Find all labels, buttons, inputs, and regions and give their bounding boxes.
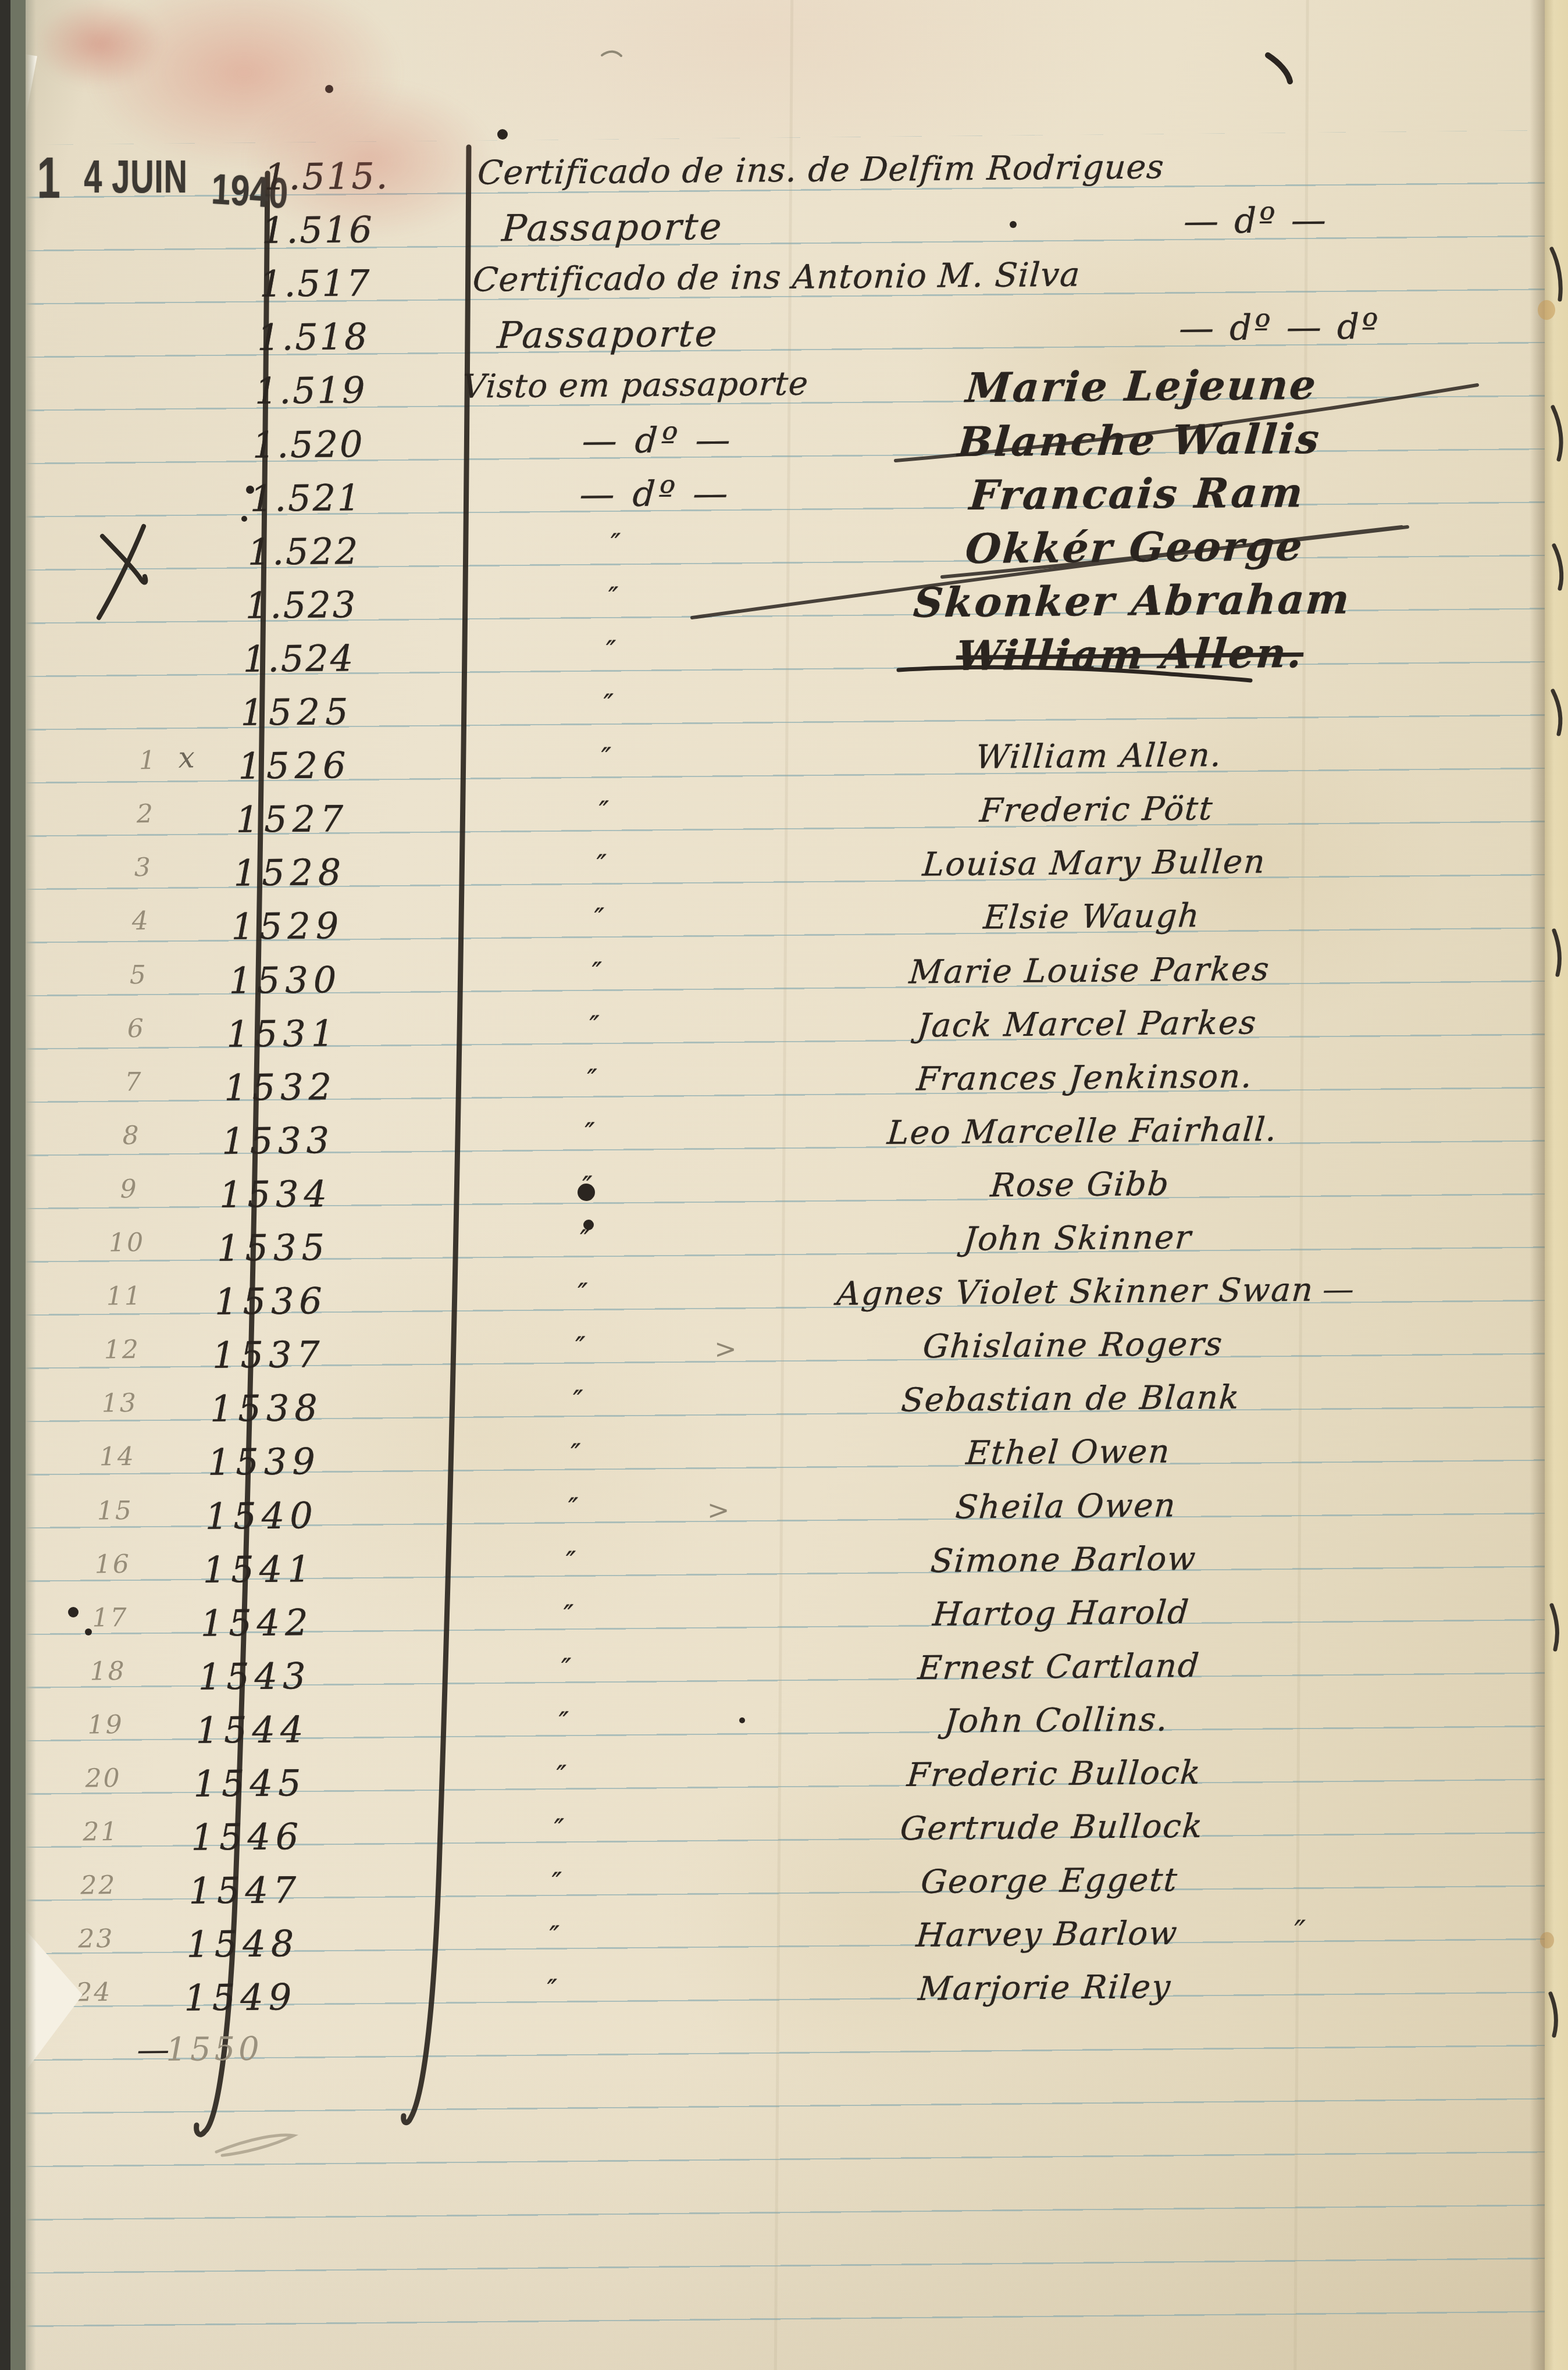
ditto-mark: ″: [575, 849, 628, 881]
entry-number: 1525: [240, 690, 444, 734]
entry-number: 1.519: [255, 368, 459, 412]
margin-number: 22: [70, 1870, 126, 1901]
margin-x-mark: x: [178, 741, 195, 775]
margin-number: 9: [101, 1174, 157, 1204]
entry-number: 1536: [215, 1279, 419, 1323]
ink-blotch: [1268, 55, 1290, 81]
person-name: Frederic Pött: [781, 788, 1412, 831]
ditto-mark: ″: [589, 528, 643, 559]
ditto-mark: ″: [525, 1973, 579, 2005]
entry-number: 1531: [226, 1011, 430, 1055]
person-name: Elsie Waugh: [776, 896, 1407, 939]
entry-number: 1527: [236, 797, 440, 841]
margin-number: 10: [99, 1228, 155, 1258]
ditto-mark: ″: [544, 1545, 598, 1577]
entry-number: 1550: [166, 2029, 370, 2068]
pencil-lead-dash: —: [137, 2030, 170, 2068]
person-name: Hartog Harold: [746, 1592, 1377, 1635]
person-name: Louisa Mary Bullen: [779, 842, 1410, 885]
person-name: Agnes Violet Skinner Swan: [760, 1270, 1391, 1313]
ditto-mark: ″: [539, 1652, 593, 1684]
person-name: Frederic Bullock: [739, 1752, 1370, 1795]
person-name: Ernest Cartland: [743, 1645, 1374, 1688]
entry-number: 1.521: [250, 475, 454, 519]
entry-number: 1.517: [259, 261, 464, 305]
red-ink-smudge: [35, 0, 163, 87]
document-type: Passaporte: [501, 205, 725, 250]
document-type: — dº —: [579, 473, 733, 515]
entry-number: 1526: [238, 743, 442, 787]
ditto-mark: ″: [554, 1331, 607, 1363]
scan-edge-fade: [26, 0, 36, 2370]
ditto-mark: ″: [572, 902, 626, 934]
person-name: Blanche Wallis: [800, 413, 1478, 467]
document-type: Visto em passaporte: [461, 365, 810, 406]
scan-edge-green: [10, 0, 26, 2370]
entry-number: 1540: [205, 1493, 409, 1537]
person-name: Harvey Barlow: [732, 1913, 1363, 1956]
person-name: Ethel Owen: [753, 1431, 1384, 1474]
person-name: Rose Gibb: [765, 1163, 1396, 1206]
person-name: Sebastian de Blank: [755, 1377, 1386, 1420]
ditto-reference: — dº — dº: [1179, 307, 1381, 349]
ditto-mark: ″: [568, 1009, 621, 1041]
entry-number: 1543: [198, 1654, 402, 1698]
chevron-mark: >: [714, 1333, 737, 1364]
document-type: — dº —: [581, 419, 735, 461]
ditto-mark: ″: [563, 1117, 616, 1149]
ditto-mark: ″: [547, 1491, 600, 1523]
entry-number: 1538: [210, 1386, 414, 1430]
person-name: Jack Marcel Parkes: [772, 1003, 1403, 1046]
ditto-mark: ″: [541, 1599, 595, 1631]
ditto-mark: ″: [561, 1170, 614, 1202]
margin-number: 13: [92, 1388, 148, 1419]
chevron-mark: >: [707, 1494, 730, 1525]
person-name: Okkér George: [796, 520, 1474, 574]
scan-edge-dark: [0, 0, 10, 2370]
entry-number: 1539: [208, 1439, 412, 1484]
margin-number: 6: [108, 1013, 164, 1043]
ditto-mark: ″: [532, 1813, 586, 1845]
pencil-flourish: [216, 2135, 294, 2155]
entry-number: 1.523: [245, 583, 449, 627]
red-ink-smudge: [244, 81, 494, 238]
margin-number: 7: [106, 1067, 162, 1097]
entry-number: 1541: [203, 1546, 407, 1591]
person-name: Frances Jenkinson.: [769, 1056, 1400, 1099]
ditto-mark: ″: [586, 581, 640, 613]
ditto-reference: — dº —: [1184, 200, 1328, 242]
margin-number: 18: [80, 1656, 136, 1687]
entry-number: 1533: [222, 1118, 426, 1163]
entry-number: 1537: [212, 1332, 416, 1377]
margin-number: 19: [77, 1710, 133, 1740]
entry-number: 1535: [217, 1225, 421, 1270]
ditto-mark: ″: [551, 1384, 605, 1416]
pencil-scribble: [602, 52, 621, 56]
entry-number: 1542: [200, 1600, 404, 1644]
person-name: Marie Lejeune: [803, 359, 1481, 414]
margin-number: 14: [90, 1442, 145, 1472]
person-name: Skonker Abraham: [793, 573, 1471, 628]
person-name: Francais Ram: [798, 466, 1476, 521]
stray-mark: —: [1323, 1271, 1355, 1307]
ditto-mark: ″: [570, 956, 623, 988]
ditto-mark: ″: [549, 1438, 603, 1470]
margin-number: 17: [82, 1602, 138, 1633]
entry-number: 1528: [233, 850, 437, 894]
entry-number: 1548: [186, 1922, 390, 1966]
entry-number: 1532: [224, 1064, 428, 1109]
ditto-mark: ″: [528, 1920, 581, 1952]
entry-number: 1545: [193, 1761, 397, 1805]
margin-number: 4: [113, 906, 169, 936]
ditto-mark: ″: [579, 742, 633, 774]
entry-number: 1549: [184, 1975, 388, 2019]
ditto-mark: ″: [582, 688, 635, 720]
person-name: William Allen.: [783, 735, 1414, 778]
margin-number: 12: [94, 1335, 150, 1365]
entry-number: 1534: [219, 1172, 423, 1216]
margin-number: 20: [75, 1763, 131, 1794]
margin-number: 1: [120, 746, 176, 776]
entry-number: 1.520: [252, 422, 457, 466]
entry-number: 1.518: [257, 315, 461, 359]
entry-number: 1529: [231, 904, 435, 948]
person-name: Marie Louise Parkes: [774, 949, 1405, 992]
person-name: Sheila Owen: [750, 1485, 1381, 1528]
register-page-scan: { "page": { "stamp": { "prefix": "1", "d…: [0, 0, 1568, 2370]
entry-number: 1544: [195, 1708, 400, 1752]
margin-number: 3: [115, 853, 171, 883]
ditto-mark: ″: [577, 795, 630, 827]
person-name: Ghislaine Rogers: [757, 1324, 1388, 1367]
margin-number: 5: [111, 960, 166, 990]
entry-number: 1530: [229, 957, 433, 1002]
person-name: William Allen.: [791, 627, 1469, 681]
person-name: John Skinner: [762, 1217, 1394, 1260]
person-name: Marjorie Riley: [729, 1967, 1360, 2010]
entry-number: 1.524: [243, 636, 447, 680]
register-rows: 1.515.Certificado de ins. de Delfim Rodr…: [0, 0, 1568, 2370]
document-type: Certificado de ins Antonio M. Silva: [472, 256, 1081, 300]
margin-number: 2: [117, 799, 173, 829]
stray-mark: ″: [1294, 1913, 1306, 1950]
ditto-mark: ″: [558, 1224, 612, 1256]
entry-number: 1547: [188, 1868, 393, 1912]
ditto-mark: ″: [537, 1706, 590, 1738]
person-name: Leo Marcelle Fairhall.: [767, 1110, 1398, 1153]
person-name: John Collins.: [741, 1699, 1372, 1742]
margin-number: 23: [68, 1924, 124, 1954]
margin-number: 21: [73, 1817, 129, 1847]
margin-number: 8: [104, 1121, 159, 1151]
ditto-mark: ″: [530, 1866, 583, 1898]
document-type: Certificado de ins. de Delfim Rodrigues: [476, 148, 1166, 192]
entry-number: 1546: [191, 1815, 395, 1859]
ditto-mark: ″: [534, 1759, 588, 1791]
document-type: Passaporte: [496, 312, 720, 357]
ditto-mark: ″: [565, 1063, 619, 1095]
person-name: Simone Barlow: [748, 1538, 1379, 1581]
register-row: —1550: [0, 2019, 1485, 2098]
person-name: George Eggett: [734, 1859, 1365, 1902]
ditto-mark: ″: [556, 1277, 610, 1309]
margin-number: 11: [97, 1281, 152, 1311]
person-name: Gertrude Bullock: [736, 1806, 1367, 1849]
margin-number: 16: [85, 1549, 141, 1579]
ditto-mark: ″: [584, 635, 637, 667]
entry-number: 1.522: [248, 529, 452, 573]
margin-number: 15: [87, 1495, 143, 1526]
